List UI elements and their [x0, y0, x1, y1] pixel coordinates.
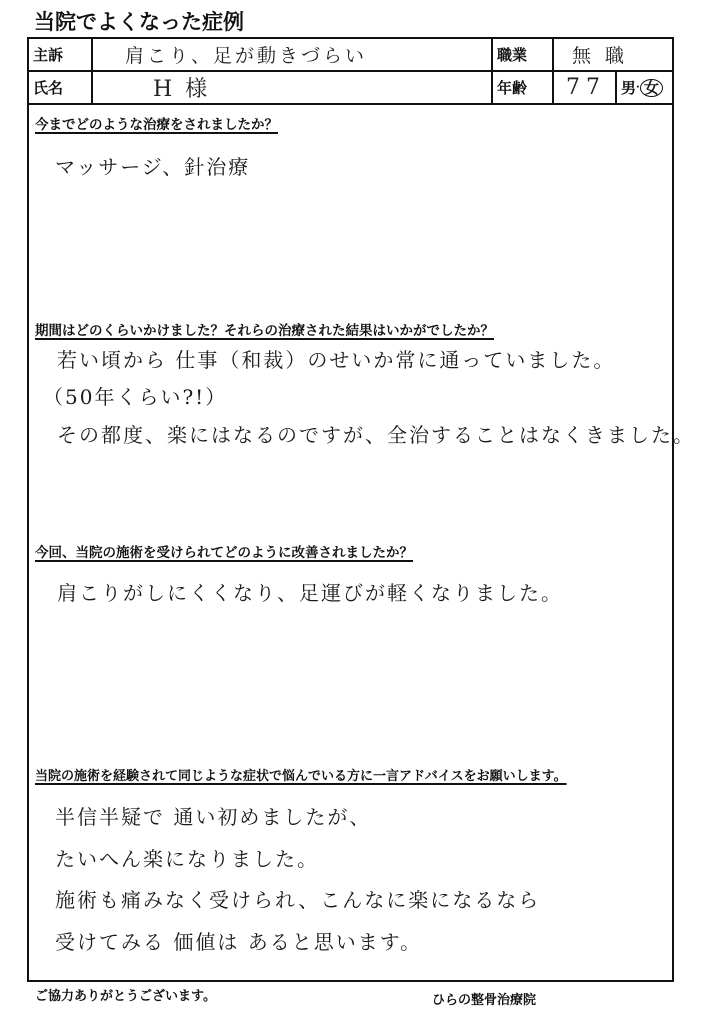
answer-4-line-4: 受けてみる 価値は あると思います。: [55, 926, 422, 955]
occupation-value: 無職: [554, 39, 672, 70]
sex-male: 男: [621, 77, 636, 98]
sex-female-selected: 女: [640, 79, 663, 97]
occupation-label: 職業: [493, 39, 554, 70]
info-row-1: 主訴 肩こり、足が動きづらい 職業 無職: [29, 39, 672, 72]
answer-2-line-3: その都度、楽にはなるのですが、全治することはなくきました。: [57, 419, 695, 448]
patient-info-table: 主訴 肩こり、足が動きづらい 職業 無職 氏名 H 様 年齢 77 男·女: [27, 37, 674, 105]
page-title: 当院でよくなった症例: [34, 6, 244, 36]
name-label: 氏名: [29, 72, 93, 103]
thanks-text: ご協力ありがとうございます。: [35, 985, 216, 1004]
question-2: 期間はどのくらいかけました？それらの治療された結果はいかがでしたか？: [35, 319, 494, 339]
sex-field: 男·女: [617, 72, 672, 103]
clinic-name: ひらの整骨治療院: [432, 989, 536, 1008]
chief-complaint-value: 肩こり、足が動きづらい: [93, 39, 493, 70]
question-4: 当院の施術を経験されて同じような症状で悩んでいる方に一言アドバイスをお願いします…: [35, 765, 567, 784]
answer-3-line-1: 肩こりがしにくくなり、足運びが軽くなりました。: [57, 577, 563, 606]
chief-complaint-label: 主訴: [29, 39, 93, 70]
answer-4-line-3: 施術も痛みなく受けられ、こんなに楽になるなら: [55, 884, 540, 913]
questionnaire-box: 今までどのような治療をされましたか？ マッサージ、針治療 期間はどのくらいかけま…: [27, 101, 674, 982]
answer-2-line-2: （50年くらい?!）: [43, 381, 227, 410]
answer-4-line-1: 半信半疑で 通い初めましたが、: [55, 801, 371, 830]
answer-4-line-2: たいへん楽になりました。: [55, 843, 319, 872]
name-value: H 様: [93, 72, 493, 103]
answer-2-line-1: 若い頃から 仕事（和裁）のせいか常に通っていました。: [57, 344, 615, 373]
age-value: 77: [554, 72, 617, 103]
answer-1-line-1: マッサージ、針治療: [55, 151, 250, 180]
question-1: 今までどのような治療をされましたか？: [35, 113, 278, 133]
age-label: 年齢: [493, 72, 554, 103]
question-3: 今回、当院の施術を受けられてどのように改善されましたか？: [35, 541, 413, 561]
